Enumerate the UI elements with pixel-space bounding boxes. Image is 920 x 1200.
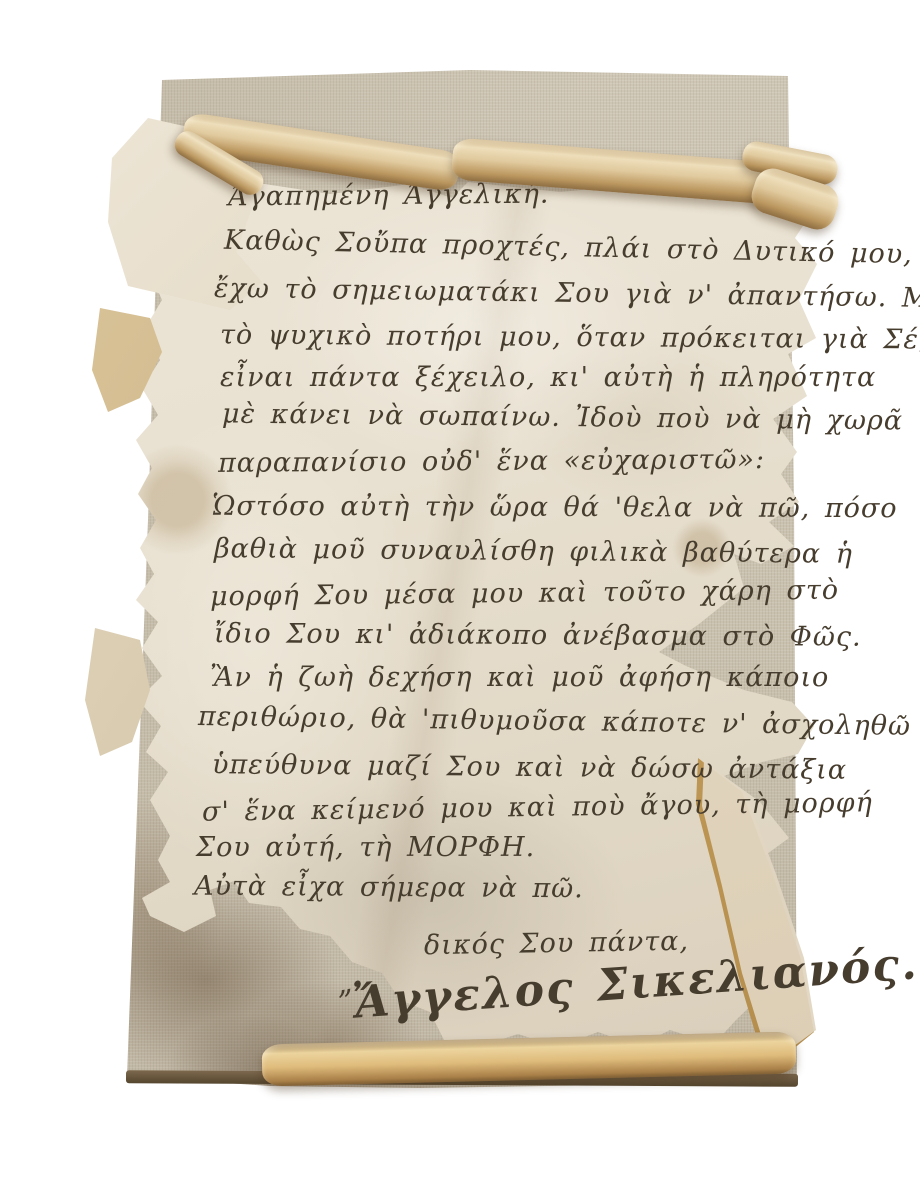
letter-line-9: βαθιὰ μοῦ συναυλίσθη φιλικὰ βαθύτερα ἡ [214,533,853,570]
letter-line-3: ἔχω τὸ σημειωματάκι Σου γιὰ ν' ἀπαντήσω.… [214,273,920,314]
letter-line-11: ἴδιο Σου κι' ἀδιάκοπο ἀνέβασμα στὸ Φῶς. [214,618,862,652]
letter-line-10: μορφή Σου μέσα μου καὶ τοῦτο χάρη στὸ [210,575,839,613]
letter-line-2: Καθὼς Σοὔπα προχτές, πλάι στὸ Δυτικό μου… [224,225,913,270]
letter-line-6: μὲ κάνει νὰ σωπαίνω. Ἰδοὺ ποὺ νὰ μὴ χωρᾶ [222,398,903,436]
letter-line-8: Ὡστόσο αὐτὴ τὴν ὥρα θά 'θελα νὰ πῶ, πόσο [212,491,898,524]
letter-photograph: Ἀγαπημένη Ἀγγελική. Καθὼς Σοὔπα προχτές,… [0,0,920,1200]
letter-line-5: εἶναι πάντα ξέχειλο, κι' αὐτὴ ἡ πληρότητ… [220,362,876,393]
letter-line-13: περιθώριο, θὰ 'πιθυμοῦσα κάποτε ν' ἀσχολ… [198,701,911,742]
letter-line-14: ὑπεύθυνα μαζί Σου καὶ νὰ δώσω ἀντάξια [212,749,847,786]
letter-line-12: Ἂν ἡ ζωὴ δεχήση καὶ μοῦ ἀφήση κάποιο [210,662,829,693]
letter-line-1: Ἀγαπημένη Ἀγγελική. [228,179,550,213]
letter-line-17: Αὐτὰ εἶχα σήμερα νὰ πῶ. [194,871,584,905]
letter-line-7: παραπανίσιο οὐδ' ἕνα «εὐχαριστῶ»: [218,444,765,479]
letter-line-4: τὸ ψυχικὸ ποτήρι μου, ὅταν πρόκειται γιὰ… [220,320,920,356]
letter-line-16: Σου αὐτή, τὴ ΜΟΡΦΗ. [196,832,535,863]
letter-line-15: σ' ἕνα κείμενό μου καὶ ποὺ ἄγου, τὴ μορφ… [202,787,873,827]
